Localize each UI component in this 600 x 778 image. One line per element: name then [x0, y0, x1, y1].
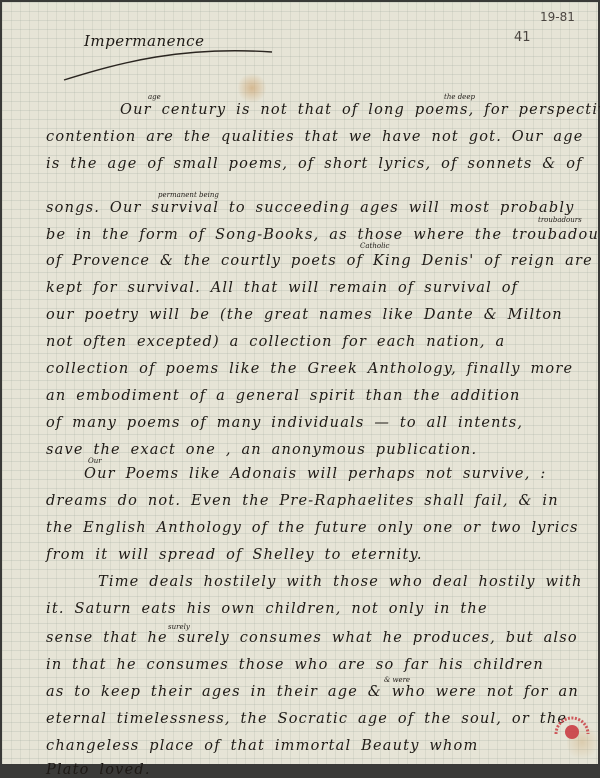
text-line: Our century is not that of long poems, f…	[120, 102, 600, 118]
text-line: it. Saturn eats his own children, not on…	[46, 601, 488, 617]
insertion: & were	[384, 676, 410, 684]
text-line: sense that he surely consumes what he pr…	[46, 630, 578, 646]
insertion: age	[148, 93, 161, 101]
text-line: of many poems of many individuals — to a…	[46, 415, 523, 431]
archive-reference: 19-81	[540, 10, 575, 24]
library-stamp-icon	[552, 710, 592, 750]
text-line: the English Anthology of the future only…	[46, 520, 579, 536]
text-line: of Provence & the courtly poets of King …	[46, 253, 593, 269]
manuscript-page: 19-81 41 Impermanence age the deep Our c…	[2, 2, 598, 764]
insertion: troubadours	[538, 216, 582, 224]
title-underline-flourish	[62, 42, 302, 87]
text-line: our poetry will be (the great names like…	[46, 307, 563, 323]
text-line: save the exact one , an anonymous public…	[46, 442, 477, 458]
insertion: Catholic	[360, 242, 389, 250]
text-line: is the age of small poems, of short lyri…	[46, 156, 583, 172]
text-line: dreams do not. Even the Pre-Raphaelites …	[46, 493, 559, 509]
text-line: eternal timelessness, the Socratic age o…	[46, 711, 567, 727]
text-line: an embodiment of a general spirit than t…	[46, 388, 521, 404]
text-line: as to keep their ages in their age & who…	[46, 684, 579, 700]
text-line: from it will spread of Shelley to eterni…	[46, 547, 423, 563]
text-line: Plato loved.	[46, 762, 151, 766]
text-line: Time deals hostilely with those who deal…	[98, 574, 583, 590]
text-line: songs. Our survival to succeeding ages w…	[46, 200, 575, 216]
page-number: 41	[514, 30, 531, 45]
text-line: contention are the qualities that we hav…	[46, 129, 583, 145]
text-line: collection of poems like the Greek Antho…	[46, 361, 573, 377]
text-line: changeless place of that immortal Beauty…	[46, 738, 478, 754]
insertion: Our	[88, 457, 102, 465]
text-line: not often excepted) a collection for eac…	[46, 334, 505, 350]
text-line: Our Poems like Adonais will perhaps not …	[84, 466, 546, 482]
insertion: the deep	[444, 93, 475, 101]
text-line: in that he consumes those who are so far…	[46, 657, 544, 673]
text-line: be in the form of Song-Books, as those w…	[46, 227, 600, 243]
insertion: permanent being	[158, 191, 219, 199]
text-line: kept for survival. All that will remain …	[46, 280, 518, 296]
